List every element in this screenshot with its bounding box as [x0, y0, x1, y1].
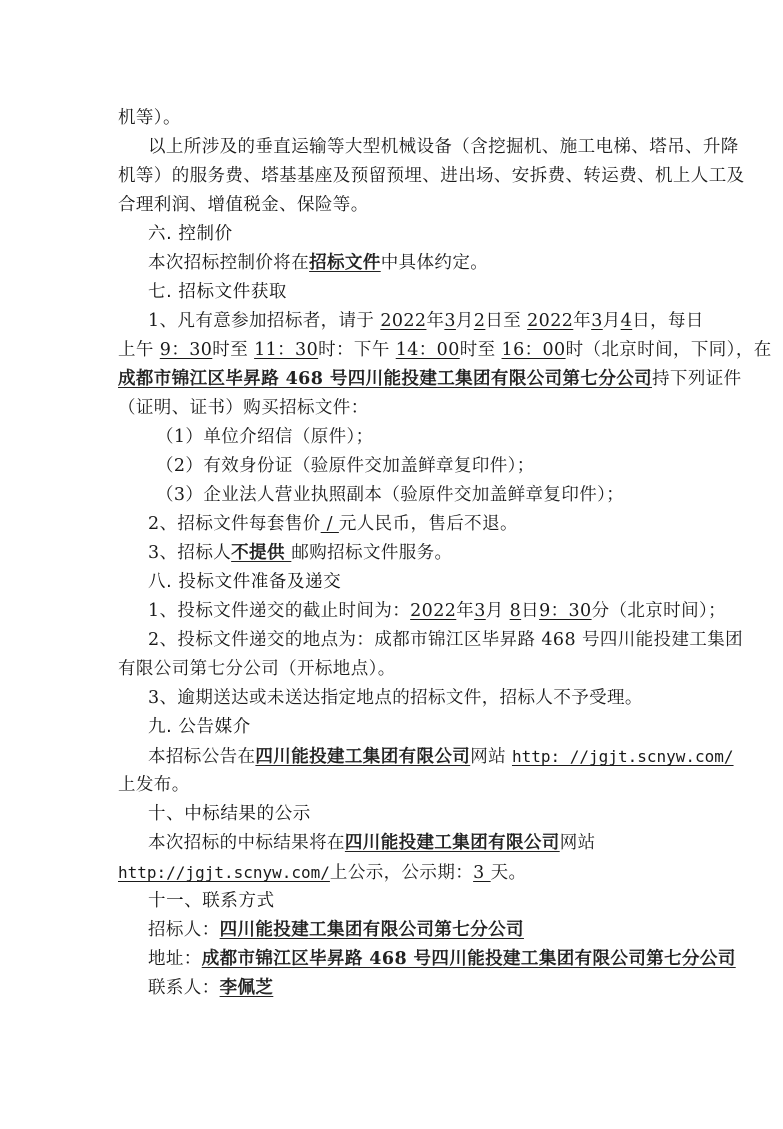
am-start-time: 9：30: [160, 340, 213, 360]
text: 上公示，公示期：: [330, 863, 473, 883]
result-publicity-line: 本次招标的中标结果将在四川能投建工集团有限公司网站: [118, 829, 670, 858]
text: 本次招标控制价将在: [148, 253, 309, 273]
section-heading-obtain-documents: 七. 招标文件获取: [118, 278, 670, 307]
deadline-time: 9：30: [539, 601, 592, 621]
text: 月: [456, 311, 474, 331]
text: 本次招标的中标结果将在: [148, 833, 345, 853]
company-name: 四川能投建工集团有限公司: [255, 747, 470, 767]
address-line: 地址：成都市锦江区毕昇路 468 号四川能投建工集团有限公司第七分公司: [118, 945, 670, 974]
required-document-item: （3）企业法人营业执照副本（验原件交加盖鲜章复印件）；: [118, 481, 670, 510]
announcement-line: 本招标公告在四川能投建工集团有限公司网站 http: //jgjt.scnyw.…: [118, 742, 670, 771]
tenderer-name: 四川能投建工集团有限公司第七分公司: [220, 920, 524, 940]
text: 年: [573, 311, 591, 331]
text: 时：下午: [318, 340, 390, 360]
text: 日，每日: [632, 311, 704, 331]
mail-service-value: 不提供: [231, 543, 291, 563]
obtain-address-line: 成都市锦江区毕昇路 468 号四川能投建工集团有限公司第七分公司持下列证件: [118, 365, 670, 394]
intro-paragraph-line: 合理利润、增值税金、保险等。: [118, 191, 670, 220]
text: 网站: [560, 833, 596, 853]
deadline-line: 1、投标文件递交的截止时间为：2022年3月 8日9：30分（北京时间）；: [118, 597, 670, 626]
text: 网站: [470, 747, 512, 767]
tenderer-label: 招标人：: [148, 920, 220, 940]
text: 中具体约定。: [381, 253, 488, 273]
text: 时至: [460, 340, 496, 360]
tenderer-line: 招标人：四川能投建工集团有限公司第七分公司: [118, 916, 670, 945]
late-submission-line: 3、逾期送达或未送达指定地点的招标文件，招标人不予受理。: [118, 684, 670, 713]
text: 时至: [212, 340, 248, 360]
text: 日: [521, 601, 539, 621]
mail-service-line: 3、招标人不提供 邮购招标文件服务。: [118, 539, 670, 568]
section-heading-control-price: 六. 控制价: [118, 220, 670, 249]
document-price: /: [321, 514, 339, 534]
text: 上午: [118, 340, 154, 360]
obtain-documents-intro: （证明、证书）购买招标文件：: [118, 394, 670, 423]
pm-start-time: 14：00: [396, 340, 460, 360]
website-link[interactable]: http: //jgjt.scnyw.com/: [512, 747, 734, 766]
text: 年: [426, 311, 444, 331]
control-price-text: 本次招标控制价将在招标文件中具体约定。: [118, 249, 670, 278]
pm-end-time: 16：00: [502, 340, 566, 360]
deadline-year: 2022: [410, 601, 456, 621]
intro-continuation: 机等）。: [118, 104, 670, 133]
text: 2、招标文件每套售价: [148, 514, 321, 534]
obtain-address: 成都市锦江区毕昇路 468 号四川能投建工集团有限公司第七分公司: [118, 369, 652, 389]
text: 元人民币，售后不退。: [339, 514, 518, 534]
obtain-date-line: 1、凡有意参加招标者，请于 2022年3月2日至 2022年3月4日，每日: [118, 307, 670, 336]
am-end-time: 11：30: [254, 340, 318, 360]
deadline-day: 8: [510, 601, 522, 621]
deadline-month: 3: [474, 601, 486, 621]
text: 邮购招标文件服务。: [291, 543, 452, 563]
start-day: 2: [474, 311, 486, 331]
intro-paragraph-line: 以上所涉及的垂直运输等大型机械设备（含挖掘机、施工电梯、塔吊、升降: [118, 133, 670, 162]
text: 持下列证件: [652, 369, 742, 389]
document-page: 机等）。 以上所涉及的垂直运输等大型机械设备（含挖掘机、施工电梯、塔吊、升降 机…: [118, 104, 670, 1003]
submission-location-line: 有限公司第七分公司（开标地点）。: [118, 655, 670, 684]
result-publicity-line: http://jgjt.scnyw.com/上公示，公示期：3 天。: [118, 858, 670, 887]
text: 月: [603, 311, 621, 331]
text: 时（北京时间，下同），在: [566, 340, 772, 360]
address-value: 成都市锦江区毕昇路 468 号四川能投建工集团有限公司第七分公司: [202, 949, 736, 969]
section-heading-announcement-media: 九. 公告媒介: [118, 713, 670, 742]
obtain-time-line: 上午 9：30时至 11：30时：下午 14：00时至 16：00时（北京时间，…: [118, 336, 670, 365]
text: 1、投标文件递交的截止时间为：: [148, 601, 410, 621]
text: 日至: [485, 311, 521, 331]
publicity-period: 3: [473, 863, 491, 883]
text: 分（北京时间）；: [592, 601, 726, 621]
contact-name: 李佩芝: [220, 978, 274, 998]
company-name: 四川能投建工集团有限公司: [345, 833, 560, 853]
required-document-item: （1）单位介绍信（原件）；: [118, 423, 670, 452]
end-month: 3: [591, 311, 603, 331]
document-price-line: 2、招标文件每套售价 / 元人民币，售后不退。: [118, 510, 670, 539]
text: 1、凡有意参加招标者，请于: [148, 311, 374, 331]
intro-paragraph-line: 机等）的服务费、塔基基座及预留预埋、进出场、安拆费、转运费、机上人工及: [118, 162, 670, 191]
website-link[interactable]: http://jgjt.scnyw.com/: [118, 863, 330, 882]
text: 年: [456, 601, 474, 621]
underlined-term: 招标文件: [309, 253, 381, 273]
section-heading-bid-submission: 八. 投标文件准备及递交: [118, 568, 670, 597]
end-day: 4: [621, 311, 633, 331]
submission-location-line: 2、投标文件递交的地点为：成都市锦江区毕昇路 468 号四川能投建工集团: [118, 626, 670, 655]
text: 月: [486, 601, 510, 621]
section-heading-result-publicity: 十、中标结果的公示: [118, 800, 670, 829]
contact-line: 联系人：李佩芝: [118, 974, 670, 1003]
text: 本招标公告在: [148, 747, 255, 767]
contact-label: 联系人：: [148, 978, 220, 998]
end-year: 2022: [527, 311, 573, 331]
section-heading-contact: 十一、联系方式: [118, 887, 670, 916]
text: 天。: [491, 863, 527, 883]
required-document-item: （2）有效身份证（验原件交加盖鲜章复印件）；: [118, 452, 670, 481]
address-label: 地址：: [148, 949, 202, 969]
announcement-line: 上发布。: [118, 771, 670, 800]
start-month: 3: [444, 311, 456, 331]
start-year: 2022: [380, 311, 426, 331]
text: 3、招标人: [148, 543, 231, 563]
